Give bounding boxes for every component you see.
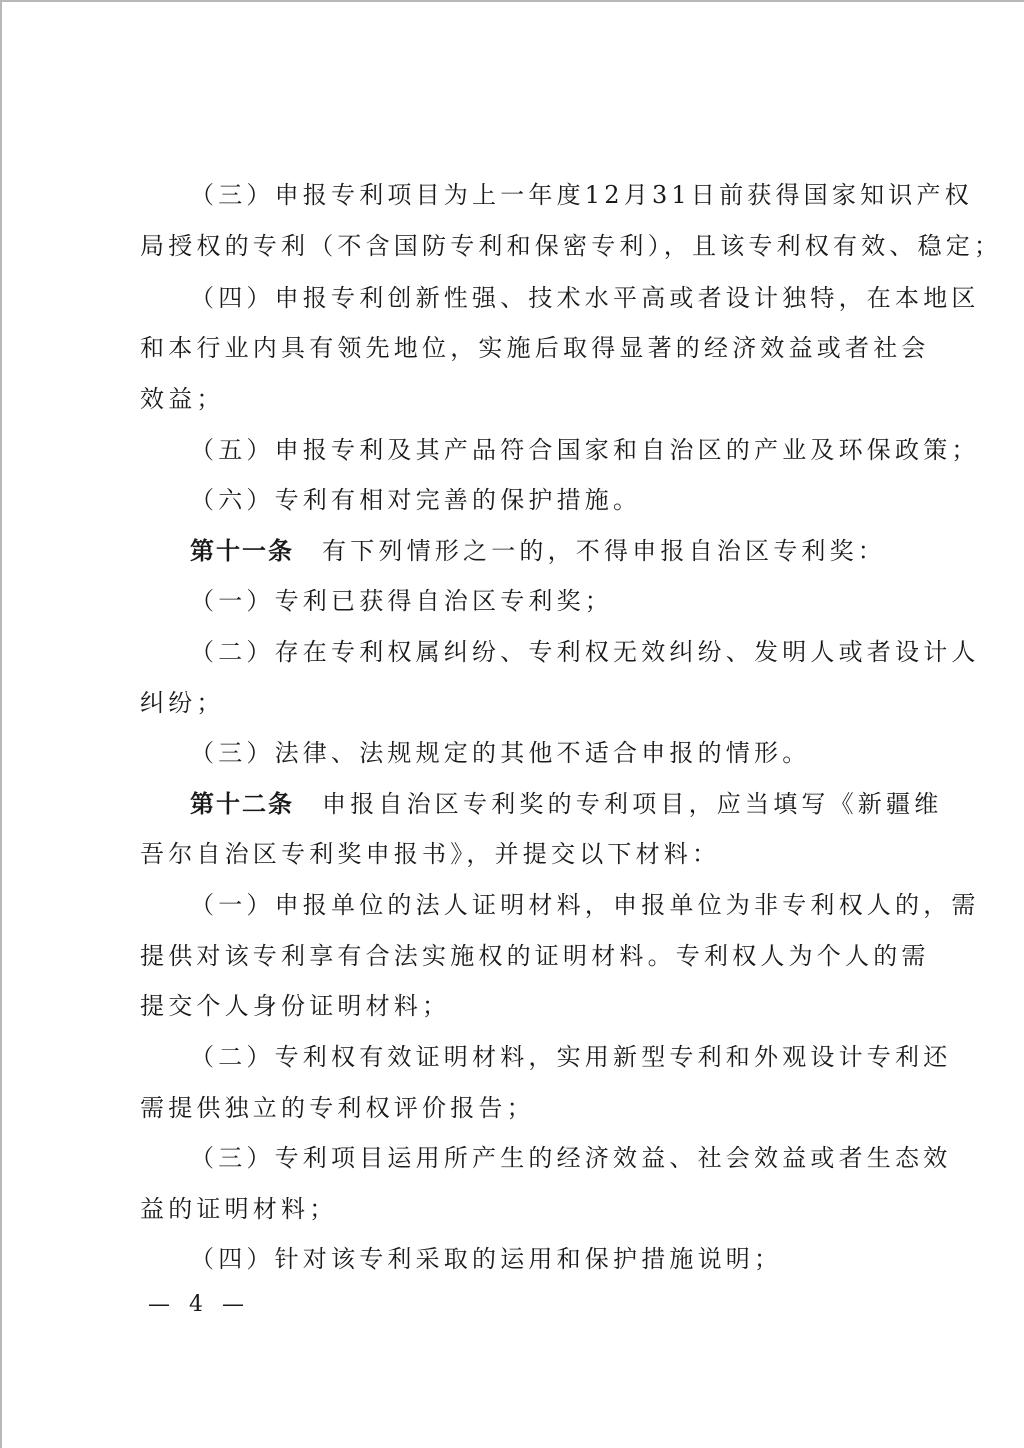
paragraph-line: （六）专利有相对完善的保护措施。	[190, 483, 950, 517]
paragraph-line: 和本行业内具有领先地位，实施后取得显著的经济效益或者社会	[140, 331, 900, 365]
article-12-line: 第十二条申报自治区专利奖的专利项目，应当填写《新疆维	[190, 787, 950, 821]
paragraph-line: （二）专利权有效证明材料，实用新型专利和外观设计专利还	[190, 1040, 950, 1074]
paragraph-line: 效益；	[140, 382, 900, 416]
paragraph-line: 吾尔自治区专利奖申报书》，并提交以下材料：	[140, 837, 900, 871]
paragraph-line: （四）针对该专利采取的运用和保护措施说明；	[190, 1242, 950, 1276]
paragraph-line: （三）申报专利项目为上一年度12月31日前获得国家知识产权	[190, 178, 950, 212]
paragraph-line: （三）专利项目运用所产生的经济效益、社会效益或者生态效	[190, 1141, 950, 1175]
paragraph-line: 益的证明材料；	[140, 1192, 900, 1226]
page-number: — 4 —	[148, 1292, 250, 1317]
paragraph-line: （一）申报单位的法人证明材料，申报单位为非专利权人的，需	[190, 888, 950, 922]
paragraph-line: 提供对该专利享有合法实施权的证明材料。专利权人为个人的需	[140, 939, 900, 973]
article-text: 申报自治区专利奖的专利项目，应当填写《新疆维	[322, 790, 942, 818]
paragraph-line: （五）申报专利及其产品符合国家和自治区的产业及环保政策；	[190, 433, 950, 467]
paragraph-line: 需提供独立的专利权评价报告；	[140, 1091, 900, 1125]
paragraph-line: （二）存在专利权属纠纷、专利权无效纠纷、发明人或者设计人	[190, 635, 950, 669]
article-text: 有下列情形之一的，不得申报自治区专利奖：	[322, 537, 886, 565]
article-heading: 第十一条	[190, 537, 294, 565]
paragraph-line: 纠纷；	[140, 686, 900, 720]
paragraph-line: （一）专利已获得自治区专利奖；	[190, 584, 950, 618]
paragraph-line: 局授权的专利（不含国防专利和保密专利），且该专利权有效、稳定；	[140, 229, 900, 263]
article-11-line: 第十一条有下列情形之一的，不得申报自治区专利奖：	[190, 534, 950, 568]
paragraph-line: 提交个人身份证明材料；	[140, 989, 900, 1023]
document-page: （三）申报专利项目为上一年度12月31日前获得国家知识产权 局授权的专利（不含国…	[0, 0, 1024, 1448]
paragraph-line: （三）法律、法规规定的其他不适合申报的情形。	[190, 736, 950, 770]
paragraph-line: （四）申报专利创新性强、技术水平高或者设计独特，在本地区	[190, 281, 950, 315]
article-heading: 第十二条	[190, 790, 294, 818]
